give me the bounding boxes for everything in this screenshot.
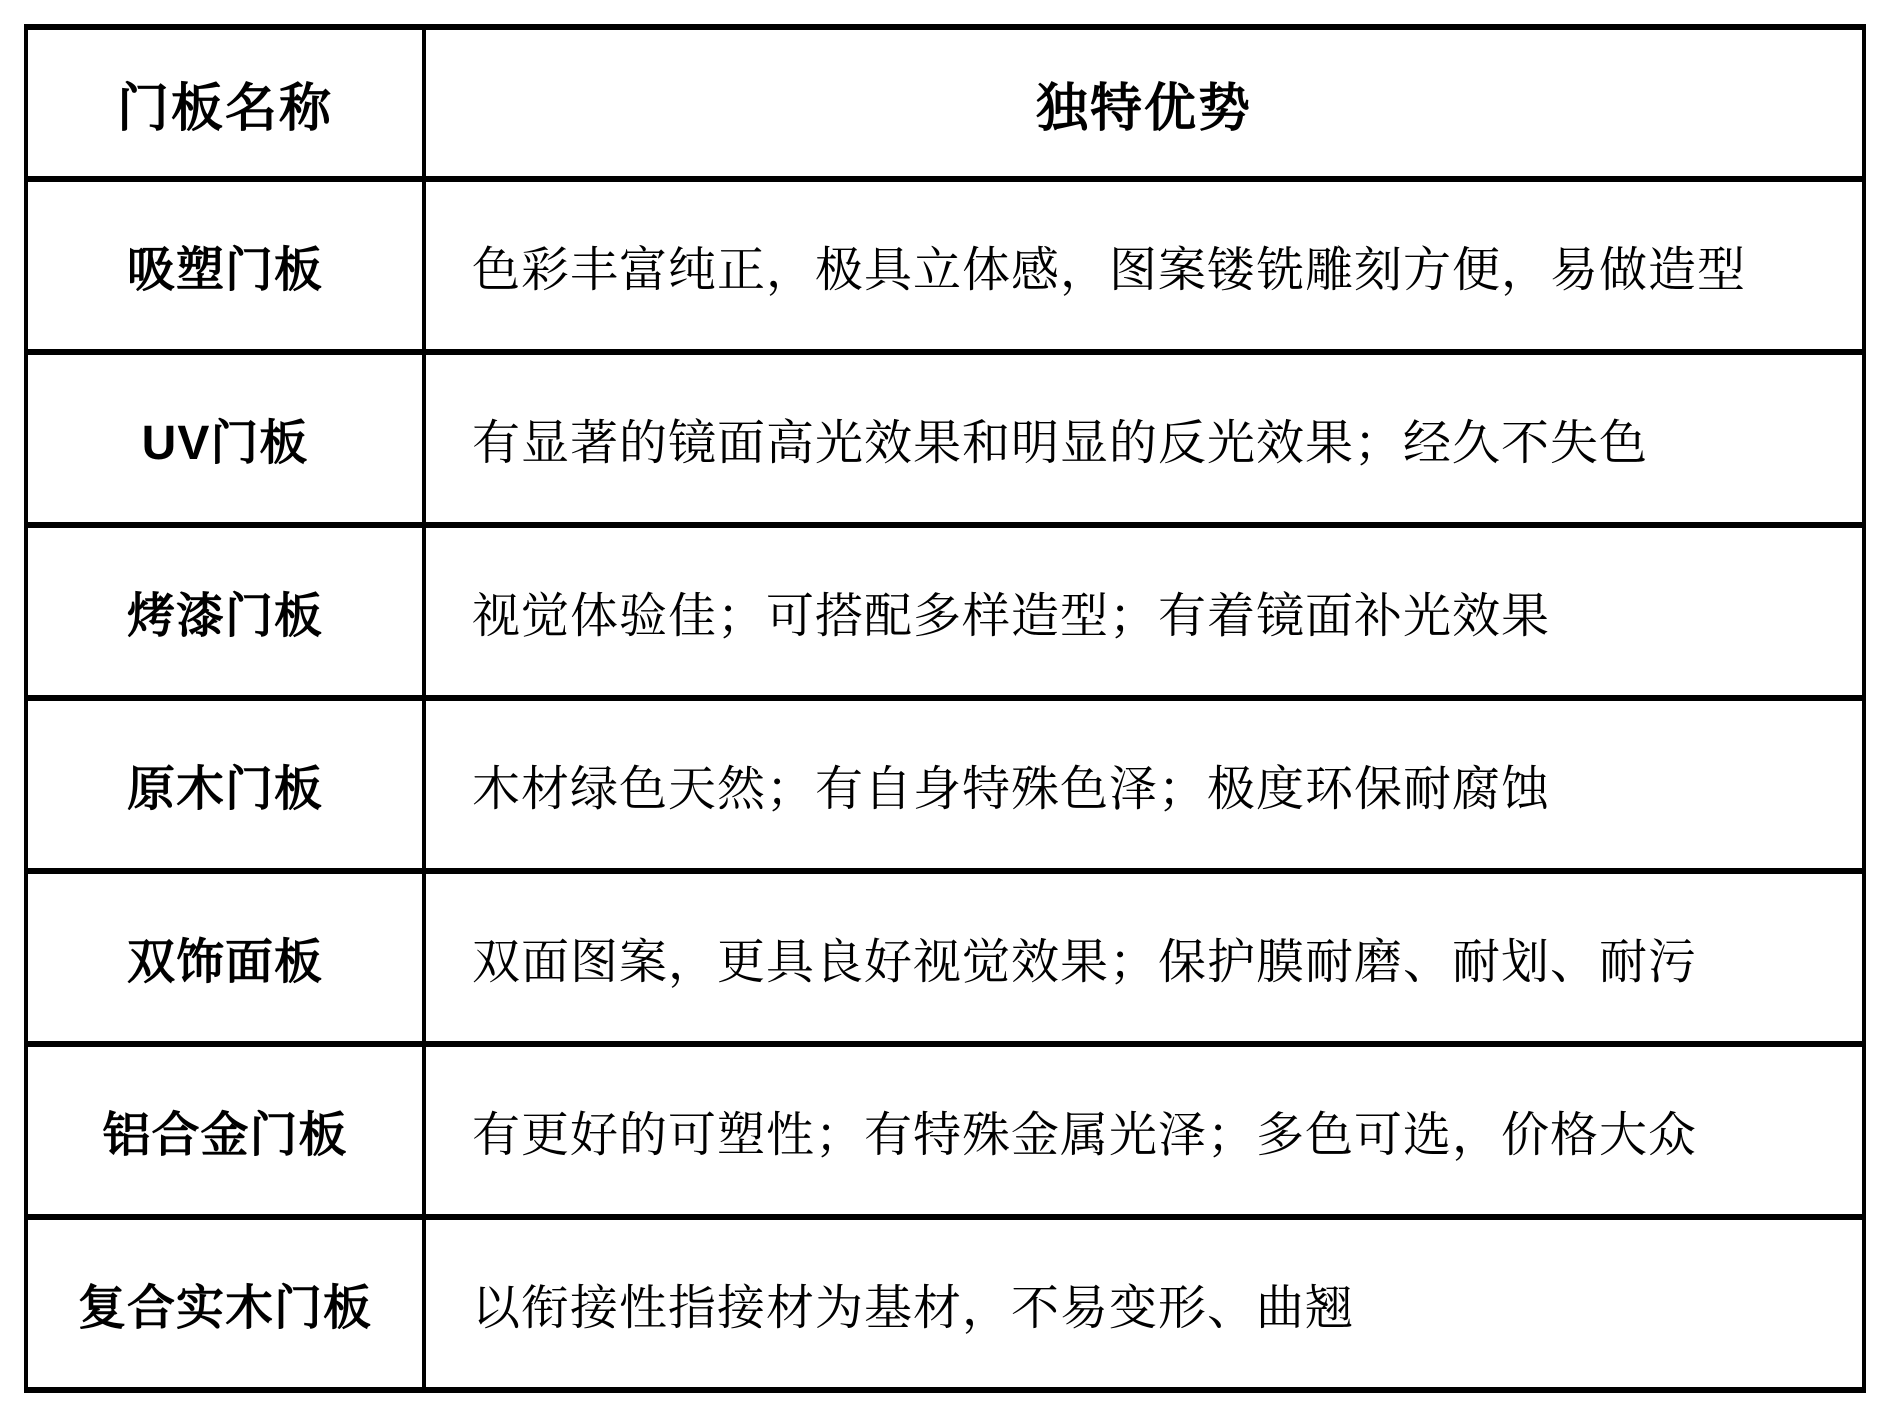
panel-name-text: 铝合金门板 (102, 1109, 347, 1162)
panel-name-cell: 铝合金门板 (26, 1044, 424, 1217)
advantage-text: 视觉体验佳；可搭配多样造型；有着镜面补光效果 (472, 590, 1550, 643)
table-row: 吸塑门板 色彩丰富纯正，极具立体感，图案镂铣雕刻方便，易做造型 (26, 179, 1864, 352)
table-row: UV门板 有显著的镜面高光效果和明显的反光效果；经久不失色 (26, 352, 1864, 525)
table-row: 原木门板 木材绿色天然；有自身特殊色泽；极度环保耐腐蚀 (26, 698, 1864, 871)
panel-name-text: 双饰面板 (127, 936, 323, 989)
table-row: 双饰面板 双面图案，更具良好视觉效果；保护膜耐磨、耐划、耐污 (26, 871, 1864, 1044)
advantage-text: 木材绿色天然；有自身特殊色泽；极度环保耐腐蚀 (472, 763, 1550, 816)
panel-name-cell: 烤漆门板 (26, 525, 424, 698)
page: 门板名称 独特优势 吸塑门板 色彩丰富纯正，极具立体感，图案镂铣雕刻方便，易做造… (0, 0, 1890, 1417)
advantage-text: 以衔接性指接材为基材，不易变形、曲翘 (472, 1282, 1354, 1335)
advantage-cell: 有更好的可塑性；有特殊金属光泽；多色可选，价格大众 (424, 1044, 1864, 1217)
advantage-cell: 木材绿色天然；有自身特殊色泽；极度环保耐腐蚀 (424, 698, 1864, 871)
column-header-panel-name: 门板名称 (26, 27, 424, 179)
table-row: 复合实木门板 以衔接性指接材为基材，不易变形、曲翘 (26, 1217, 1864, 1390)
panel-name-text: 吸塑门板 (127, 244, 323, 297)
advantage-cell: 双面图案，更具良好视觉效果；保护膜耐磨、耐划、耐污 (424, 871, 1864, 1044)
panel-name-text: 复合实木门板 (78, 1282, 372, 1335)
panel-name-cell: 复合实木门板 (26, 1217, 424, 1390)
advantage-text: 有显著的镜面高光效果和明显的反光效果；经久不失色 (472, 417, 1648, 470)
door-panel-table: 门板名称 独特优势 吸塑门板 色彩丰富纯正，极具立体感，图案镂铣雕刻方便，易做造… (24, 24, 1866, 1393)
column-header-panel-name-label: 门板名称 (117, 80, 333, 138)
column-header-advantage-label: 独特优势 (1036, 80, 1252, 138)
advantage-cell: 以衔接性指接材为基材，不易变形、曲翘 (424, 1217, 1864, 1390)
advantage-cell: 视觉体验佳；可搭配多样造型；有着镜面补光效果 (424, 525, 1864, 698)
header-row: 门板名称 独特优势 (26, 27, 1864, 179)
advantage-text: 色彩丰富纯正，极具立体感，图案镂铣雕刻方便，易做造型 (472, 244, 1746, 297)
advantage-cell: 有显著的镜面高光效果和明显的反光效果；经久不失色 (424, 352, 1864, 525)
panel-name-text: UV门板 (142, 417, 309, 470)
advantage-text: 双面图案，更具良好视觉效果；保护膜耐磨、耐划、耐污 (472, 936, 1697, 989)
panel-name-cell: 吸塑门板 (26, 179, 424, 352)
table-row: 烤漆门板 视觉体验佳；可搭配多样造型；有着镜面补光效果 (26, 525, 1864, 698)
panel-name-cell: UV门板 (26, 352, 424, 525)
advantage-cell: 色彩丰富纯正，极具立体感，图案镂铣雕刻方便，易做造型 (424, 179, 1864, 352)
panel-name-cell: 双饰面板 (26, 871, 424, 1044)
panel-name-cell: 原木门板 (26, 698, 424, 871)
advantage-text: 有更好的可塑性；有特殊金属光泽；多色可选，价格大众 (472, 1109, 1697, 1162)
panel-name-text: 原木门板 (127, 763, 323, 816)
table-row: 铝合金门板 有更好的可塑性；有特殊金属光泽；多色可选，价格大众 (26, 1044, 1864, 1217)
column-header-advantage: 独特优势 (424, 27, 1864, 179)
panel-name-text: 烤漆门板 (127, 590, 323, 643)
